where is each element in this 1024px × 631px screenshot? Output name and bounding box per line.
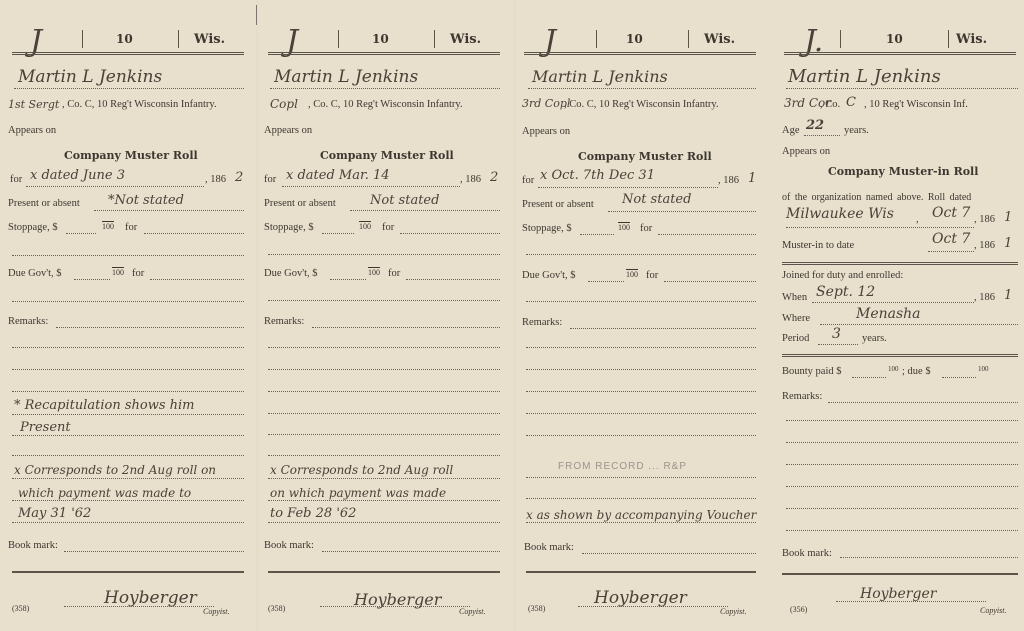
ruled-line — [12, 347, 244, 348]
header-regiment: 10 — [116, 32, 133, 46]
footer-rule — [12, 571, 244, 573]
book-mark-label: Book mark: — [524, 542, 574, 553]
ruled-line — [12, 478, 244, 479]
header-regiment: 10 — [886, 32, 903, 46]
soldier-name: Martin L Jenkins — [788, 66, 941, 87]
present-line — [608, 211, 756, 212]
header-state: Wis. — [956, 32, 987, 47]
due-govt-for-line — [406, 279, 500, 280]
soldier-name: Martin L Jenkins — [18, 67, 162, 87]
header-divider — [82, 30, 83, 48]
roll-dated-date: Oct 7 — [932, 205, 970, 221]
ruled-line — [268, 413, 500, 414]
for-line — [282, 186, 460, 187]
header-divider — [596, 30, 597, 48]
remark-text: * Recapitulation shows him — [14, 398, 195, 413]
year-digit: 1 — [1004, 288, 1012, 303]
for-line — [538, 187, 718, 188]
copyist-label: Copyist. — [980, 606, 1006, 615]
present-label: Present or absent — [8, 198, 80, 209]
year-prefix: , 186 — [460, 174, 481, 185]
present-value: Not stated — [370, 193, 439, 208]
roll-title: Company Muster Roll — [320, 149, 454, 162]
remarks-label: Remarks: — [264, 316, 304, 327]
stoppage-label: Stoppage, $ — [264, 222, 314, 233]
muster-in-label: Muster-in to date — [782, 240, 854, 251]
remarks-label: Remarks: — [522, 317, 562, 328]
muster-card-3: J 10 Wis. Martin L Jenkins 3rd Copl , Co… — [522, 0, 772, 631]
stoppage-for: for — [382, 222, 394, 233]
stoppage-line — [66, 233, 96, 234]
ruled-line — [268, 369, 500, 370]
ruled-line — [268, 254, 500, 255]
copyist-signature: Hoyberger — [860, 586, 936, 602]
remarks-label: Remarks: — [782, 391, 822, 402]
form-number: (358) — [528, 604, 545, 613]
header-state: Wis. — [450, 32, 481, 47]
ruled-line — [12, 455, 244, 456]
present-label: Present or absent — [522, 199, 594, 210]
stoppage-line — [580, 234, 614, 235]
ruled-line — [12, 414, 244, 415]
footer-rule — [526, 571, 756, 573]
ruled-line — [786, 464, 1018, 465]
muster-in-card-4: J. 10 Wis. Martin L Jenkins 3rd Cor , Co… — [780, 0, 1024, 631]
where-line — [820, 324, 1018, 325]
due-govt-cents: 100 — [626, 270, 638, 279]
ruled-line — [786, 486, 1018, 487]
name-line — [14, 88, 244, 89]
due-govt-line — [74, 279, 110, 280]
ruled-line — [786, 420, 1018, 421]
due-govt-line — [588, 281, 624, 282]
org-line: of the organization named above. Roll da… — [782, 192, 971, 203]
due-govt-for: for — [388, 268, 400, 279]
present-line — [350, 210, 500, 211]
year-prefix: , 186 — [205, 174, 226, 185]
ruled-line — [526, 301, 756, 302]
copyist-line — [578, 606, 728, 607]
present-value: Not stated — [622, 192, 691, 207]
roll-dated-place: Milwaukee Wis — [786, 206, 894, 222]
stoppage-cents: 100 — [618, 223, 630, 232]
roll-title: Company Muster-in Roll — [828, 165, 978, 178]
form-number: (356) — [790, 605, 807, 614]
appears-on-label: Appears on — [522, 126, 570, 137]
co-label: , Co. — [820, 99, 840, 110]
header-state: Wis. — [704, 32, 735, 47]
ruled-line — [268, 347, 500, 348]
for-value: x dated Mar. 14 — [286, 168, 390, 183]
ruled-line — [268, 391, 500, 392]
remark-text: on which payment was made — [270, 486, 446, 500]
header-rule — [12, 52, 244, 55]
year-prefix: , 186 — [974, 240, 995, 251]
due-govt-label: Due Gov't, $ — [8, 268, 62, 279]
remark-text: which payment was made to — [18, 486, 191, 500]
header-divider — [178, 30, 179, 48]
copyist-signature: Hoyberger — [594, 588, 687, 608]
due-govt-line — [330, 279, 366, 280]
stoppage-cents: 100 — [102, 222, 114, 231]
section-rule — [782, 354, 1018, 357]
copyist-line — [320, 606, 470, 607]
header-state: Wis. — [194, 32, 225, 47]
header-regiment: 10 — [372, 32, 389, 46]
form-number: (358) — [12, 604, 29, 613]
ruled-line — [526, 413, 756, 414]
ruled-line — [12, 435, 244, 436]
due-govt-label: Due Gov't, $ — [264, 268, 318, 279]
muster-in-date: Oct 7 — [932, 231, 970, 247]
when-label: When — [782, 292, 807, 303]
ruled-line — [268, 455, 500, 456]
due-govt-cents: 100 — [112, 268, 124, 277]
bounty-paid-cents: 100 — [888, 365, 899, 373]
remarks-line — [828, 402, 1018, 403]
ruled-line — [268, 522, 500, 523]
book-mark-line — [322, 551, 500, 552]
ruled-line — [12, 301, 244, 302]
where-label: Where — [782, 313, 810, 324]
bounty-due-cents: 100 — [978, 365, 989, 373]
header-rule — [524, 52, 756, 55]
year-prefix: , 186 — [974, 214, 995, 225]
due-govt-for-line — [150, 279, 244, 280]
footer-rule — [782, 573, 1018, 575]
header-rule — [268, 52, 500, 55]
due-govt-cents: 100 — [368, 268, 380, 277]
stoppage-for-line — [400, 233, 500, 234]
bounty-paid-label: Bounty paid $ — [782, 366, 842, 377]
year-digit: 1 — [748, 171, 756, 186]
appears-on-label: Appears on — [8, 125, 56, 136]
copyist-label: Copyist. — [720, 607, 746, 616]
age-label: Age — [782, 125, 800, 136]
remarks-line — [570, 328, 756, 329]
ruled-line — [526, 435, 756, 436]
ruled-line — [12, 391, 244, 392]
year-digit: 2 — [490, 170, 498, 185]
unit-line: , Co. C, 10 Reg't Wisconsin Infantry. — [308, 99, 463, 110]
company-value: C — [846, 95, 856, 110]
unit-line: , Co. C, 10 Reg't Wisconsin Infantry. — [62, 99, 217, 110]
remark-text: Present — [20, 420, 71, 435]
ruled-line — [268, 500, 500, 501]
record-stamp: FROM RECORD ... R&P — [558, 461, 687, 472]
for-value: x dated June 3 — [30, 168, 125, 183]
book-mark-line — [582, 553, 756, 554]
ruled-line — [526, 254, 756, 255]
ruled-line — [12, 522, 244, 523]
roll-dated-line — [786, 227, 974, 228]
for-label: for — [10, 174, 22, 185]
stoppage-for: for — [640, 223, 652, 234]
name-line — [786, 88, 1018, 89]
ruled-line — [526, 477, 756, 478]
copyist-label: Copyist. — [203, 607, 229, 616]
header-rule — [784, 52, 1016, 55]
present-value: *Not stated — [108, 193, 184, 208]
year-digit: 2 — [235, 170, 243, 185]
ruled-line — [526, 391, 756, 392]
ruled-line — [12, 500, 244, 501]
year-prefix: , 186 — [974, 292, 995, 303]
ruled-line — [526, 522, 756, 523]
muster-card-1: J 10 Wis. Martin L Jenkins 1st Sergt , C… — [8, 0, 258, 631]
year-digit: 1 — [1004, 210, 1012, 225]
ruled-line — [786, 530, 1018, 531]
footer-rule — [268, 571, 500, 573]
ruled-line — [12, 255, 244, 256]
remarks-label: Remarks: — [8, 316, 48, 327]
remarks-line — [312, 327, 500, 328]
age-line — [804, 135, 840, 136]
remark-text: x as shown by accompanying Voucher — [526, 508, 756, 522]
ruled-line — [268, 434, 500, 435]
where-value: Menasha — [856, 306, 921, 322]
remark-text: to Feb 28 '62 — [270, 506, 356, 521]
book-mark-line — [840, 557, 1018, 558]
due-govt-for-line — [664, 281, 756, 282]
header-divider — [434, 30, 435, 48]
name-line — [270, 88, 500, 89]
ruled-line — [526, 369, 756, 370]
joined-label: Joined for duty and enrolled: — [782, 270, 903, 281]
copyist-signature: Hoyberger — [104, 588, 197, 608]
muster-in-line — [928, 251, 974, 252]
copyist-line — [836, 601, 986, 602]
stoppage-cents: 100 — [359, 222, 371, 231]
for-label: for — [522, 175, 534, 186]
stoppage-label: Stoppage, $ — [8, 222, 58, 233]
stoppage-for-line — [658, 234, 756, 235]
due-govt-for: for — [646, 270, 658, 281]
for-label: for — [264, 174, 276, 185]
stoppage-for: for — [125, 222, 137, 233]
soldier-name: Martin L Jenkins — [274, 67, 418, 87]
ruled-line — [12, 369, 244, 370]
stoppage-label: Stoppage, $ — [522, 223, 572, 234]
period-value: 3 — [832, 326, 841, 342]
period-line — [818, 344, 858, 345]
roll-title: Company Muster Roll — [578, 150, 712, 163]
unit-line: , 10 Reg't Wisconsin Inf. — [864, 99, 968, 110]
appears-on-label: Appears on — [264, 125, 312, 136]
roll-title: Company Muster Roll — [64, 149, 198, 162]
present-label: Present or absent — [264, 198, 336, 209]
remarks-line — [56, 327, 244, 328]
bounty-paid-line — [852, 377, 886, 378]
remark-text: x Corresponds to 2nd Aug roll — [270, 463, 453, 477]
stoppage-for-line — [144, 233, 244, 234]
header-divider — [338, 30, 339, 48]
period-label: Period — [782, 333, 809, 344]
ruled-line — [268, 300, 500, 301]
ruled-line — [786, 508, 1018, 509]
remark-text: May 31 '62 — [18, 506, 91, 521]
due-govt-for: for — [132, 268, 144, 279]
name-line — [528, 88, 756, 89]
book-mark-label: Book mark: — [782, 548, 832, 559]
when-line — [812, 302, 974, 303]
due-govt-label: Due Gov't, $ — [522, 270, 576, 281]
year-prefix: , 186 — [718, 175, 739, 186]
year-digit: 1 — [1004, 236, 1012, 251]
soldier-rank: 1st Sergt — [8, 98, 59, 111]
ruled-line — [526, 498, 756, 499]
header-regiment: 10 — [626, 32, 643, 46]
bounty-due-line — [942, 377, 976, 378]
muster-card-2: J 10 Wis. Martin L Jenkins Copl , Co. C,… — [264, 0, 514, 631]
for-value: x Oct. 7th Dec 31 — [540, 168, 655, 183]
age-value: 22 — [806, 118, 824, 133]
stoppage-line — [322, 233, 354, 234]
header-divider — [948, 30, 949, 48]
present-line — [94, 210, 244, 211]
form-number: (358) — [268, 604, 285, 613]
soldier-rank: Copl — [270, 97, 298, 111]
book-mark-label: Book mark: — [8, 540, 58, 551]
soldier-name: Martin L Jenkins — [532, 67, 668, 86]
age-suffix: years. — [844, 125, 869, 136]
book-mark-label: Book mark: — [264, 540, 314, 551]
bounty-due-label: ; due $ — [902, 366, 931, 377]
comma: , — [916, 214, 919, 225]
section-rule — [782, 262, 1018, 265]
book-mark-line — [64, 551, 244, 552]
when-value: Sept. 12 — [816, 284, 875, 300]
copyist-label: Copyist. — [459, 607, 485, 616]
header-divider — [840, 30, 841, 48]
header-divider — [688, 30, 689, 48]
ruled-line — [268, 478, 500, 479]
for-line — [26, 186, 204, 187]
period-suffix: years. — [862, 333, 887, 344]
ruled-line — [526, 347, 756, 348]
unit-line: , Co. C, 10 Reg't Wisconsin Infantry. — [564, 99, 719, 110]
ruled-line — [786, 442, 1018, 443]
remark-text: x Corresponds to 2nd Aug roll on — [14, 463, 216, 477]
copyist-line — [64, 606, 214, 607]
appears-on-label: Appears on — [782, 146, 830, 157]
